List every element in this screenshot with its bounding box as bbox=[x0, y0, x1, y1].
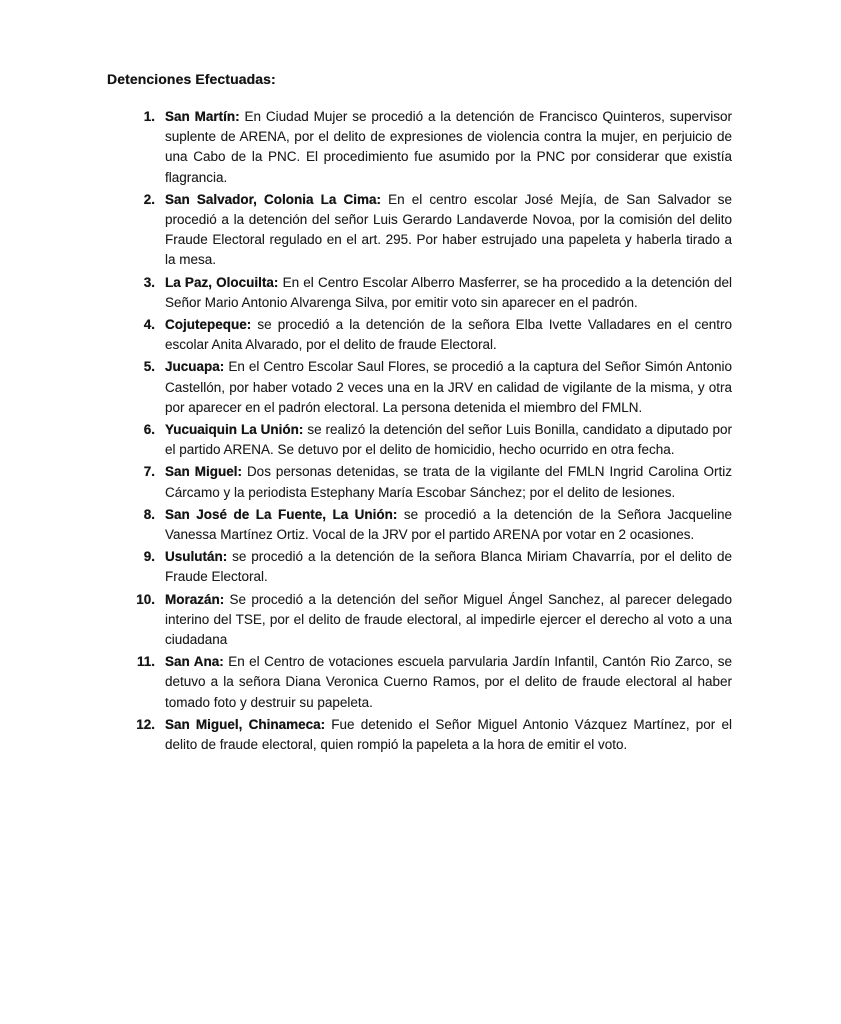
item-description: Se procedió a la detención del señor Mig… bbox=[165, 592, 732, 647]
item-text: La Paz, Olocuilta: En el Centro Escolar … bbox=[165, 273, 732, 313]
item-number: 11. bbox=[127, 652, 155, 713]
item-location: Morazán: bbox=[165, 592, 224, 607]
item-number: 3. bbox=[127, 273, 155, 313]
item-description: En el Centro Escolar Saul Flores, se pro… bbox=[165, 359, 732, 414]
item-text: Morazán: Se procedió a la detención del … bbox=[165, 590, 732, 651]
item-number: 6. bbox=[127, 420, 155, 460]
list-item: 7. San Miguel: Dos personas detenidas, s… bbox=[127, 462, 733, 502]
item-location: San Salvador, Colonia La Cima: bbox=[165, 192, 381, 207]
list-item: 10. Morazán: Se procedió a la detención … bbox=[127, 590, 733, 651]
item-description: se procedió a la detención de la señora … bbox=[165, 317, 732, 352]
item-location: Cojutepeque: bbox=[165, 317, 251, 332]
list-item: 1. San Martín: En Ciudad Mujer se proced… bbox=[127, 107, 733, 188]
item-number: 10. bbox=[127, 590, 155, 651]
item-description: Dos personas detenidas, se trata de la v… bbox=[165, 464, 732, 499]
item-location: San Miguel: bbox=[165, 464, 242, 479]
item-number: 12. bbox=[127, 715, 155, 755]
item-number: 9. bbox=[127, 547, 155, 587]
list-item: 4. Cojutepeque: se procedió a la detenci… bbox=[127, 315, 733, 355]
item-location: La Paz, Olocuilta: bbox=[165, 275, 278, 290]
item-number: 4. bbox=[127, 315, 155, 355]
item-location: Jucuapa: bbox=[165, 359, 224, 374]
list-item: 8. San José de La Fuente, La Unión: se p… bbox=[127, 505, 733, 545]
item-text: San Salvador, Colonia La Cima: En el cen… bbox=[165, 190, 732, 271]
item-location: San Miguel, Chinameca: bbox=[165, 717, 325, 732]
list-item: 6. Yucuaiquin La Unión: se realizó la de… bbox=[127, 420, 733, 460]
item-text: San Ana: En el Centro de votaciones escu… bbox=[165, 652, 732, 713]
list-item: 2. San Salvador, Colonia La Cima: En el … bbox=[127, 190, 733, 271]
list-item: 11. San Ana: En el Centro de votaciones … bbox=[127, 652, 733, 713]
item-text: San José de La Fuente, La Unión: se proc… bbox=[165, 505, 732, 545]
item-location: San Martín: bbox=[165, 109, 240, 124]
item-location: San José de La Fuente, La Unión: bbox=[165, 507, 397, 522]
item-text: Cojutepeque: se procedió a la detención … bbox=[165, 315, 732, 355]
item-text: Usulután: se procedió a la detención de … bbox=[165, 547, 732, 587]
item-number: 5. bbox=[127, 357, 155, 418]
item-number: 2. bbox=[127, 190, 155, 271]
item-text: Jucuapa: En el Centro Escolar Saul Flore… bbox=[165, 357, 732, 418]
item-location: San Ana: bbox=[165, 654, 224, 669]
list-item: 3. La Paz, Olocuilta: En el Centro Escol… bbox=[127, 273, 733, 313]
item-text: San Miguel, Chinameca: Fue detenido el S… bbox=[165, 715, 732, 755]
item-description: se procedió a la detención de la señora … bbox=[165, 549, 732, 584]
list-item: 12. San Miguel, Chinameca: Fue detenido … bbox=[127, 715, 733, 755]
item-location: Yucuaiquin La Unión: bbox=[165, 422, 303, 437]
item-location: Usulután: bbox=[165, 549, 227, 564]
item-description: En el Centro de votaciones escuela parvu… bbox=[165, 654, 732, 709]
item-text: Yucuaiquin La Unión: se realizó la deten… bbox=[165, 420, 732, 460]
document-title: Detenciones Efectuadas: bbox=[107, 71, 276, 87]
item-number: 7. bbox=[127, 462, 155, 502]
detention-list: 1. San Martín: En Ciudad Mujer se proced… bbox=[127, 107, 733, 757]
item-text: San Miguel: Dos personas detenidas, se t… bbox=[165, 462, 732, 502]
item-number: 1. bbox=[127, 107, 155, 188]
item-description: En Ciudad Mujer se procedió a la detenci… bbox=[165, 109, 732, 185]
item-number: 8. bbox=[127, 505, 155, 545]
list-item: 5. Jucuapa: En el Centro Escolar Saul Fl… bbox=[127, 357, 733, 418]
item-text: San Martín: En Ciudad Mujer se procedió … bbox=[165, 107, 732, 188]
scanned-document-page: Detenciones Efectuadas: 1. San Martín: E… bbox=[0, 0, 841, 1024]
list-item: 9. Usulután: se procedió a la detención … bbox=[127, 547, 733, 587]
